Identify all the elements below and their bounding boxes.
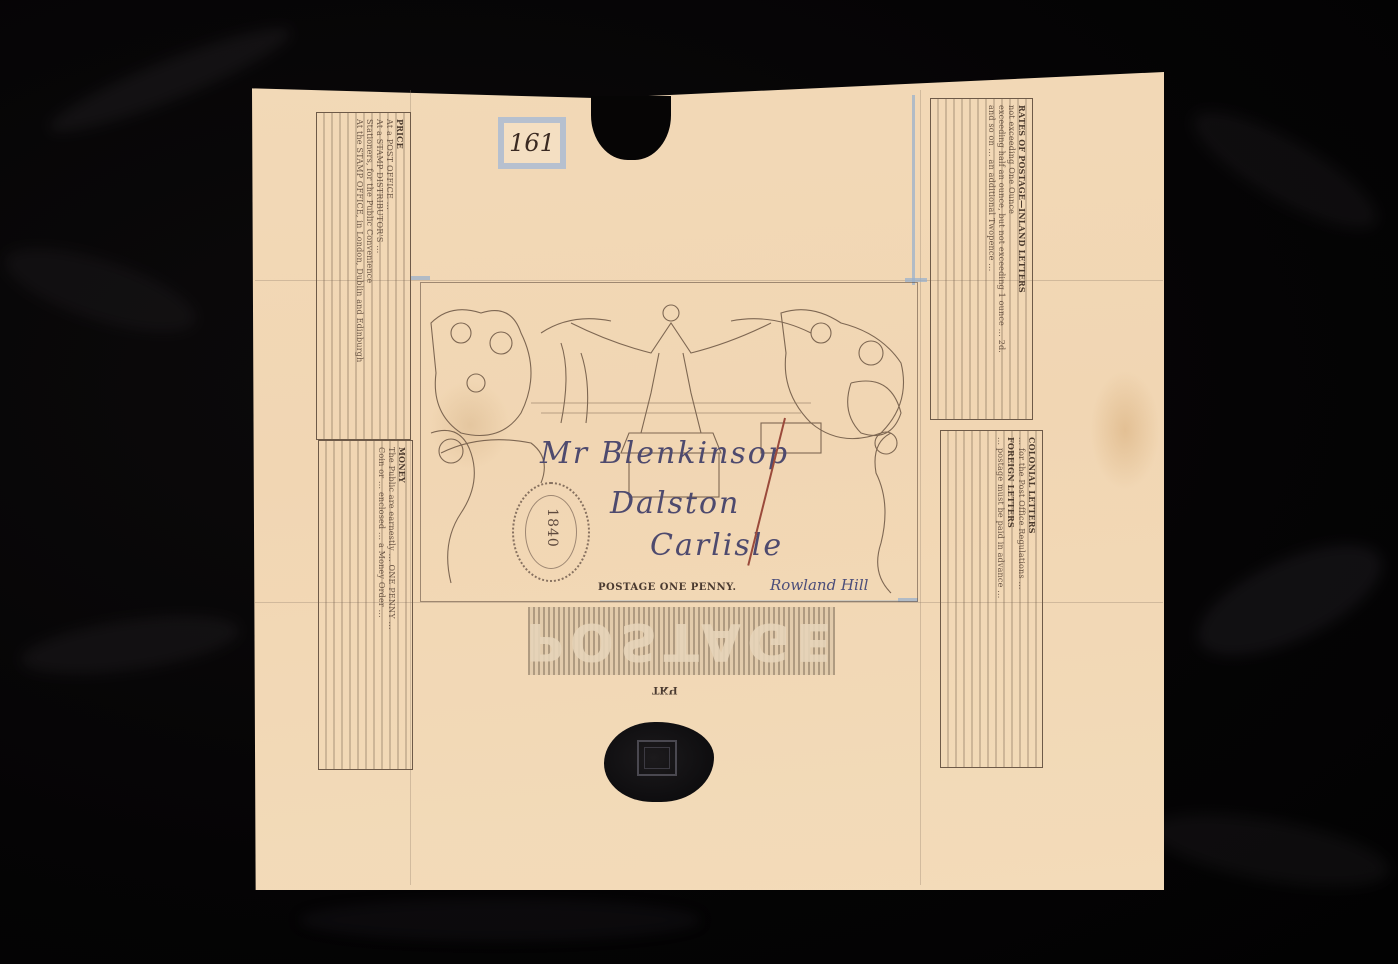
velvet-fold [1179,92,1391,249]
velvet-fold [300,900,700,940]
right-info-panel-top: RATES OF POSTAGE—INLAND LETTERS not exce… [930,98,1033,420]
fold-crease [410,276,430,280]
fold-line [920,90,921,885]
seal-emblem-icon [637,740,677,776]
postage-one-penny-imprint: POSTAGE ONE PENNY. [598,582,736,593]
fold-crease [912,95,915,285]
velvet-fold [0,231,204,350]
left-panel-text-top: PRICE At a POST OFFICE ... At a STAMP DI… [354,119,405,362]
velvet-fold [18,605,243,685]
right-info-panel-bottom: COLONIAL LETTERS ... for the Post Office… [940,430,1043,768]
left-panel-heading: MONEY [397,447,407,483]
left-panel-text-bottom: MONEY The Public are earnestly ... ONE P… [376,447,407,630]
right-panel-text-top: RATES OF POSTAGE—INLAND LETTERS not exce… [986,105,1027,353]
rowland-hill-signature: Rowland Hill [770,576,868,594]
right-panel-heading: RATES OF POSTAGE—INLAND LETTERS [1017,105,1027,293]
band-caption: ТКЧ [652,684,678,695]
right-panel-heading: COLONIAL LETTERS [1027,437,1037,534]
right-panel-text-bottom: COLONIAL LETTERS ... for the Post Office… [995,437,1037,598]
left-info-panel-top: PRICE At a POST OFFICE ... At a STAMP DI… [316,112,411,440]
velvet-fold [1182,521,1397,678]
reference-number: 161 [509,129,555,157]
address-line-name: Mr Blenkinsop [540,436,789,471]
address-line-town: Dalston [610,486,740,521]
left-panel-heading: PRICE [395,119,405,149]
postmark-year: 1840 [544,508,560,548]
address-line-city: Carlisle [650,528,783,563]
left-info-panel-bottom: MONEY The Public are earnestly ... ONE P… [318,440,413,770]
velvet-fold [1147,800,1394,901]
postage-band-text: POSTAGE [526,611,838,671]
reference-number-label: 161 [498,117,566,169]
postage-band: POSTAGE [528,607,835,675]
